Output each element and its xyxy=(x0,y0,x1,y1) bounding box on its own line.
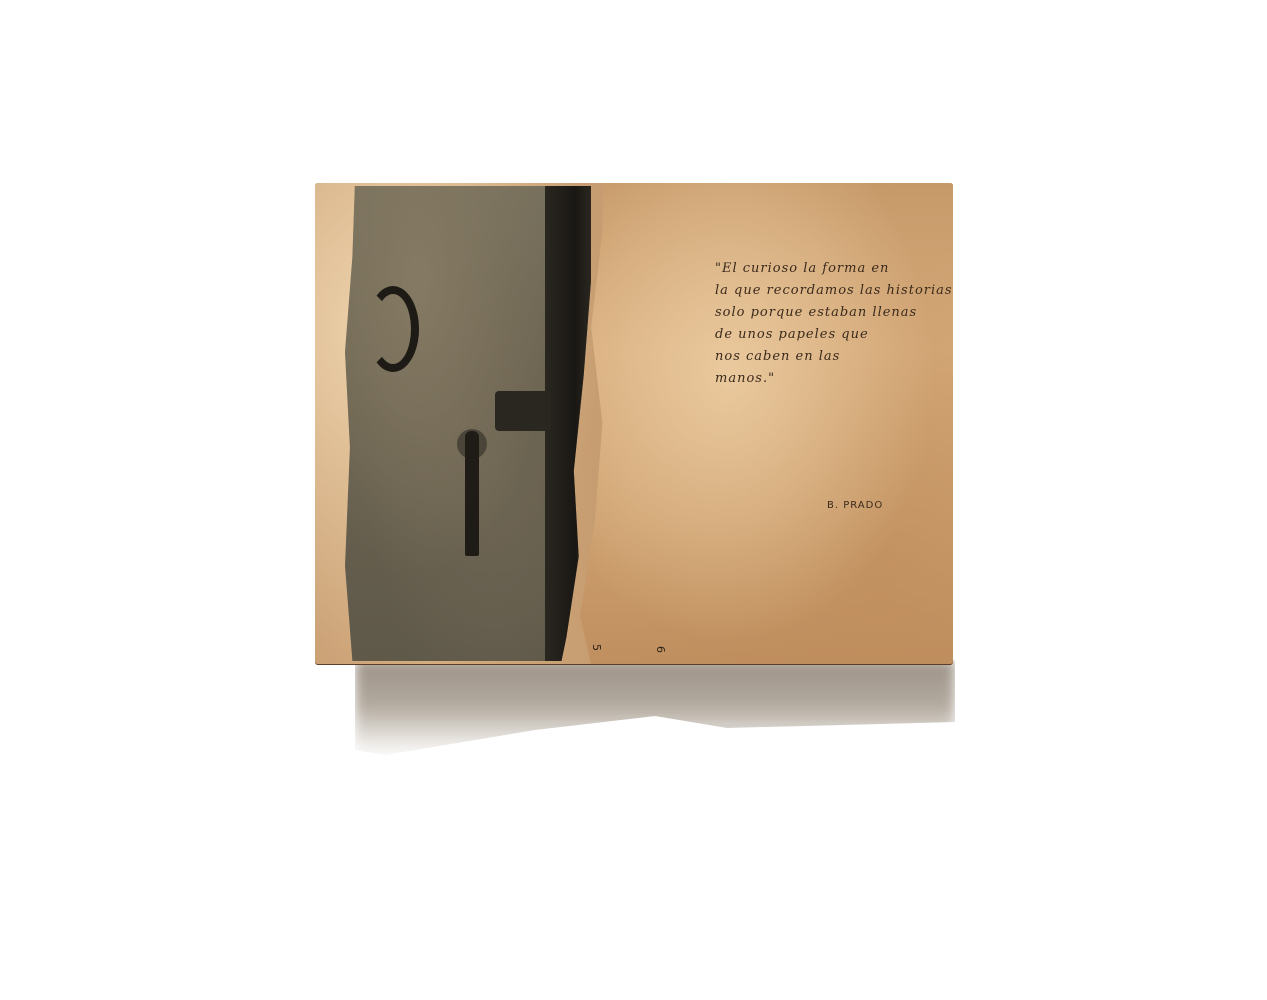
aged-book: "El curioso la forma en la que recordamo… xyxy=(315,183,953,664)
right-page xyxy=(580,183,953,664)
door-knob-icon xyxy=(367,286,419,372)
door-photograph xyxy=(345,186,591,661)
handwritten-quote: "El curioso la forma en la que recordamo… xyxy=(715,258,953,390)
lock-plate xyxy=(495,391,551,431)
key-icon xyxy=(465,431,479,556)
page-number-left: 5 xyxy=(590,644,603,651)
page-number-right: 6 xyxy=(654,646,667,653)
left-page xyxy=(315,183,605,664)
author-signature: B. PRADO xyxy=(827,500,883,511)
book-shadow xyxy=(355,660,955,760)
